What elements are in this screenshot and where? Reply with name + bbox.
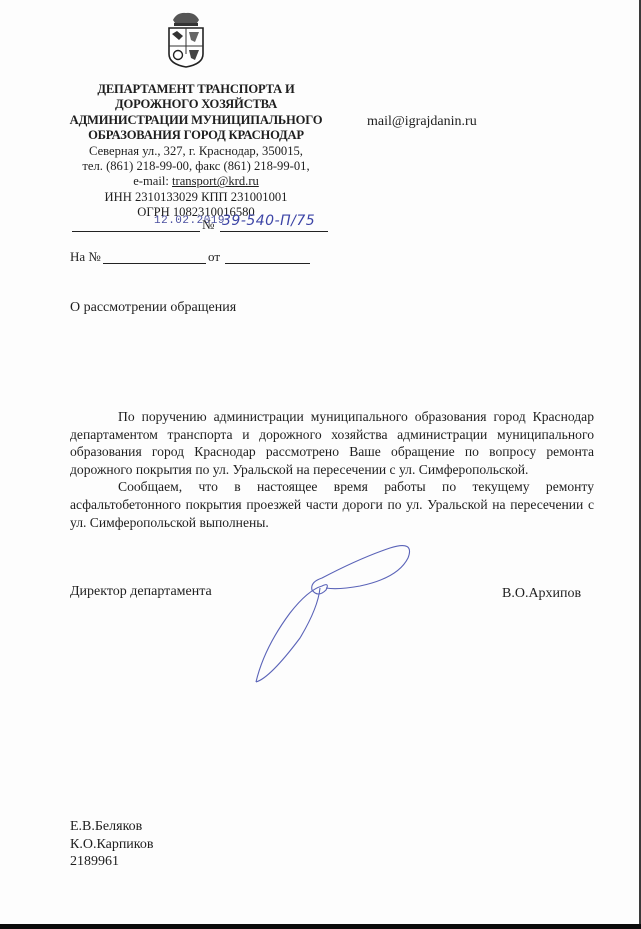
reference-number-blank bbox=[103, 263, 206, 264]
executor-2: К.О.Карпиков bbox=[70, 836, 154, 854]
signer-name: В.О.Архипов bbox=[502, 586, 581, 602]
letter-body: По поручению администрации муниципальног… bbox=[70, 408, 594, 531]
executor-phone: 2189961 bbox=[70, 853, 154, 871]
sender-email-prefix: e-mail: bbox=[133, 174, 172, 188]
sender-email-link[interactable]: transport@krd.ru bbox=[172, 174, 259, 188]
executors-block: Е.В.Беляков К.О.Карпиков 2189961 bbox=[70, 818, 154, 871]
sender-org-line-3: АДМИНИСТРАЦИИ МУНИЦИПАЛЬНОГО bbox=[62, 113, 330, 128]
letter-page: ДЕПАРТАМЕНТ ТРАНСПОРТА И ДОРОЖНОГО ХОЗЯЙ… bbox=[0, 0, 641, 929]
sender-inn-kpp: ИНН 2310133029 КПП 231001001 bbox=[62, 190, 330, 205]
sender-phone-fax: тел. (861) 218-99-00, факс (861) 218-99-… bbox=[62, 159, 330, 174]
handwritten-signature-icon bbox=[230, 538, 430, 683]
body-paragraph-2: Сообщаем, что в настоящее время работы п… bbox=[70, 478, 594, 531]
sender-address: Северная ул., 327, г. Краснодар, 350015, bbox=[62, 144, 330, 159]
reference-row: На № от bbox=[70, 249, 330, 267]
registration-number-label: № bbox=[202, 217, 214, 233]
reference-from-label: от bbox=[208, 249, 220, 265]
registration-row: 12.02.2019 № 39-540-П/75 bbox=[72, 212, 342, 234]
body-paragraph-1: По поручению администрации муниципальног… bbox=[70, 408, 594, 478]
reference-number-label: На № bbox=[70, 249, 101, 265]
letter-subject: О рассмотрении обращения bbox=[70, 300, 236, 316]
sender-org-line-1: ДЕПАРТАМЕНТ ТРАНСПОРТА И bbox=[62, 82, 330, 97]
reference-date-blank bbox=[225, 263, 310, 264]
recipient-email: mail@igrajdanin.ru bbox=[367, 114, 477, 130]
sender-org-line-4: ОБРАЗОВАНИЯ ГОРОД КРАСНОДАР bbox=[62, 128, 330, 143]
registration-number-line bbox=[220, 231, 328, 232]
sender-org-line-2: ДОРОЖНОГО ХОЗЯЙСТВА bbox=[62, 97, 330, 112]
sender-block: ДЕПАРТАМЕНТ ТРАНСПОРТА И ДОРОЖНОГО ХОЗЯЙ… bbox=[62, 82, 330, 221]
registration-date-line bbox=[72, 231, 200, 232]
registration-number: 39-540-П/75 bbox=[222, 213, 315, 229]
sender-email-line: e-mail: transport@krd.ru bbox=[62, 174, 330, 189]
signer-title: Директор департамента bbox=[70, 584, 212, 600]
executor-1: Е.В.Беляков bbox=[70, 818, 154, 836]
scan-edge-bottom bbox=[0, 924, 641, 929]
coat-of-arms-icon bbox=[165, 10, 207, 68]
